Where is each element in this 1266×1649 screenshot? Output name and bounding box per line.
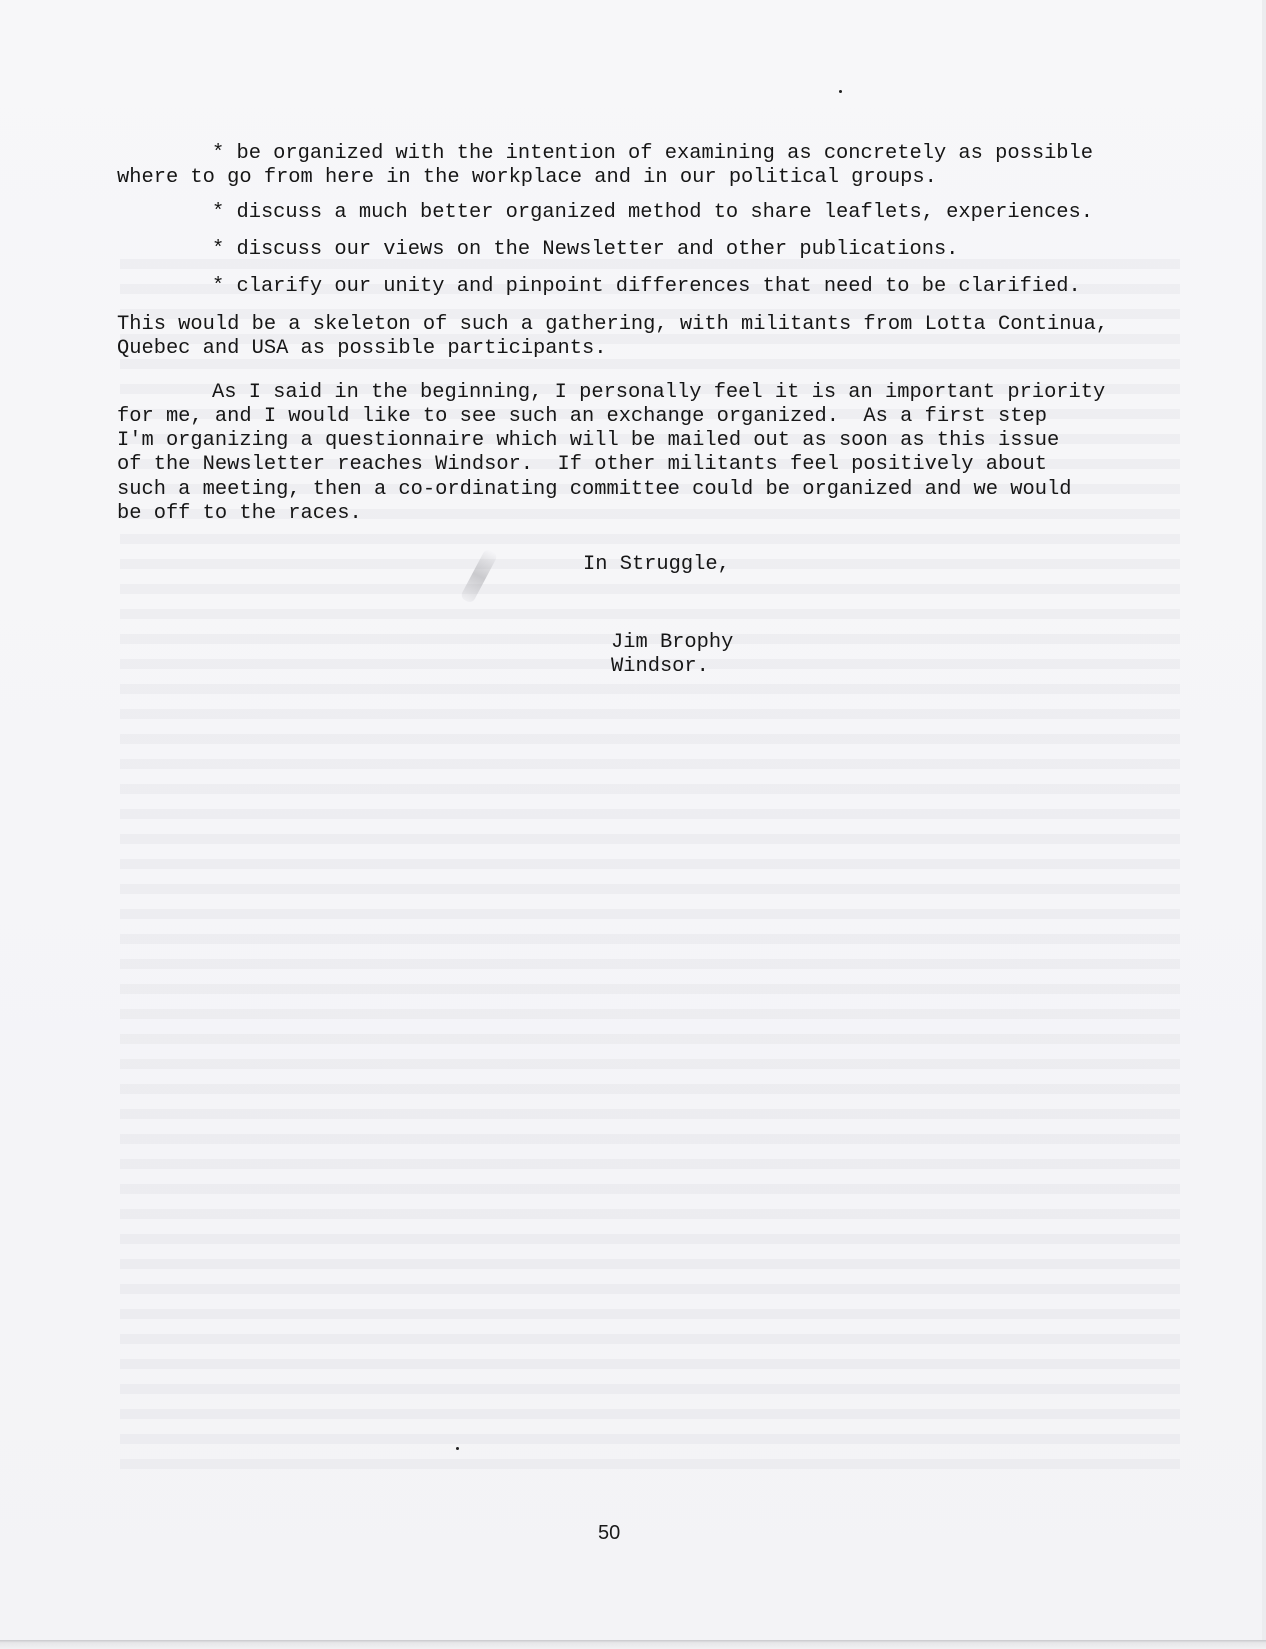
page-number: 50: [598, 1522, 620, 1545]
bullet-item-continuation: where to go from here in the workplace a…: [117, 166, 937, 190]
page-edge: [1262, 0, 1266, 1640]
paragraph-line: This would be a skeleton of such a gathe…: [117, 313, 1108, 337]
scan-speck: [456, 1447, 459, 1450]
paragraph-line: be off to the races.: [117, 502, 362, 526]
page-edge: [0, 1640, 1266, 1649]
paragraph-line: such a meeting, then a co-ordinating com…: [117, 478, 1071, 502]
paragraph-line: I'm organizing a questionnaire which wil…: [117, 429, 1059, 453]
bullet-item: * clarify our unity and pinpoint differe…: [212, 275, 1081, 299]
paragraph-line: Quebec and USA as possible participants.: [117, 337, 606, 361]
scan-speck: [839, 90, 842, 93]
paragraph-line: As I said in the beginning, I personally…: [212, 381, 1105, 405]
paragraph-line: for me, and I would like to see such an …: [117, 405, 1047, 429]
signoff: In Struggle,: [583, 553, 730, 577]
paragraph-line: of the Newsletter reaches Windsor. If ot…: [117, 453, 1047, 477]
author-location: Windsor.: [611, 655, 709, 679]
bullet-item: * discuss our views on the Newsletter an…: [212, 238, 958, 262]
bullet-item: * discuss a much better organized method…: [212, 201, 1093, 225]
author-name: Jim Brophy: [611, 631, 733, 655]
bullet-item: * be organized with the intention of exa…: [212, 142, 1093, 166]
